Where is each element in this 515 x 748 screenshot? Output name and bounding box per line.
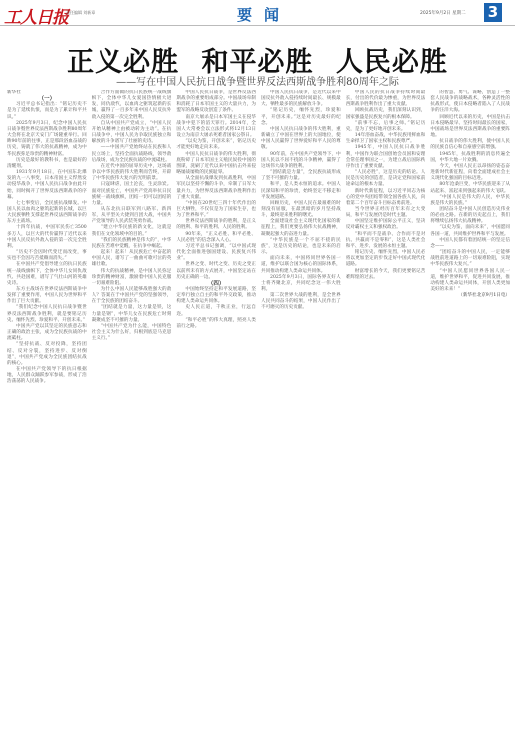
dateline-end-note: （新华社北京9月1日电）: [430, 293, 510, 299]
paragraph: 14年浴血奋战，中华民族用鲜血和生命捍卫了国家主权和民族尊严。: [346, 133, 426, 145]
paragraph: 新时代新征程，以习近平同志为核心的党中央团结带领全国各族人民，向着第二个百年奋斗…: [346, 189, 426, 207]
editor-credit: 责任编辑 刘新章: [66, 10, 95, 16]
paragraph: 日寇肆虐，国土沦丧，生灵涂炭。面对民族危亡，中国共产党高举抗日民族统一战线旗帜，…: [92, 182, 172, 207]
paragraph: 2025年9月3日，纪念中国人民抗日战争暨世界反法西斯战争胜利80周年大会将在北…: [7, 121, 87, 158]
paragraph: “历史不会因时代变迁而改变，事实也不会因巧舌抵赖而消失。”: [7, 250, 87, 262]
paragraph: 1945年，中国人民抗日战争胜利，中国作为联合国创始会员国和安理会常任理事国之一…: [346, 145, 426, 170]
paragraph: 南京大屠杀是日本军国主义在侵华战争中犯下的滔天罪行。2014年，全国人大常委会以…: [176, 115, 256, 140]
paragraph: 伟大的抗战精神，是中国人民弥足珍贵的精神财富，激励着中国人民克服一切艰难险阻。: [92, 269, 172, 287]
column-paragraphs: 中国人民抗日战争，是近代以来中国反抗外敌入侵持续时间最长、规模最大、牺牲最多的民…: [261, 90, 341, 312]
paragraph: 中国人民的抗日战争持续时间最长，付出的代价最为惨重，为世界反法西斯战争胜利作出了…: [346, 90, 426, 108]
paragraph: 1945年，抗战胜利的消息传遍全国，中华大地一片欢腾。: [430, 152, 510, 164]
paragraph: 中国人民抗日战争的伟大胜利，彻底粉碎了日本军国主义殖民奴役中国的图谋，洗刷了近代…: [176, 152, 256, 177]
paragraph: “铭记历史，缅怀先烈，珍爱和平，开创未来。”这是对历史最好的纪念。: [261, 108, 341, 126]
paragraph: 史人民正道，千秋正业，行远自迩。: [176, 305, 256, 317]
paragraph: 铭记历史、缅怀先烈，中国人民必将以更加坚定的步伐走好中国式现代化道路。: [346, 250, 426, 268]
paragraph: 中国共产党以其坚定的民族意志和正确的政治主张，成为全民族抗战的中流砥柱。: [7, 324, 87, 342]
column-6: 的智慧、勇气、谋略，创造了一整套人民战争的战略战术，各种灵活性的抗战形式，使日本…: [430, 90, 510, 745]
paragraph: “我们的民族精神是伟大的”，中华民族在苦难中觉醒，在抗争中崛起。: [92, 238, 172, 250]
paragraph: “以史为鉴，面向未来”，中国愿同各国一道，共同维护世界和平与发展。: [430, 225, 510, 237]
paragraph: “以史为鉴，开创未来”，铭记历史才能更好地走向未来。: [176, 139, 256, 151]
paragraph: ——中国共产党始终站在民族和人民立场上，坚持全面抗战路线，领导敌后战场，成为全民…: [92, 145, 172, 163]
column-4: 中国人民抗日战争，是近代以来中国反抗外敌入侵持续时间最长、规模最大、牺牲最多的民…: [261, 90, 341, 745]
paragraph: 从东北抗日联军到八路军、新四军，从平型关大捷到百团大战，中国共产党领导的人民武装…: [92, 207, 172, 225]
paragraph: “中国共产党为什么能，中国特色社会主义为什么好，归根到底是马克思主义行。”: [92, 324, 172, 342]
paragraph: 中国人民都有着团结统一的坚定信念——: [430, 238, 510, 250]
paragraph: 财富增长的今天，我们更要铭记苦难辉煌的过去。: [346, 269, 426, 281]
paragraph: 在中国共产党领导下的抗日根据地，人民群众踊跃参军参战，形成了浩浩荡荡的人民战争。: [7, 367, 87, 385]
section-title: 要闻: [237, 4, 291, 25]
paragraph: 中国人民抗日战争的伟大胜利，重新确立了中国在世界上的大国地位，使中国人民赢得了世…: [261, 127, 341, 152]
paragraph: 回顾抗战历史，我们深刻认识到，国家强盛是民族复兴的根本保障。: [346, 108, 426, 120]
paragraph: “中国在20世纪三四十年代作出的巨大牺牲，不仅仅是为了国家生存，也为了世界和平。…: [176, 201, 256, 219]
paragraph: “团结就是力量”，全民族抗战形成了坚不可摧的力量。: [261, 170, 341, 182]
column-paragraphs: 合作方面做的抗日民族统一战线旗帜下，全体中华儿女爱国热情极大迸发，同仇敌忾，以血…: [92, 90, 172, 342]
column-paragraphs: 中国人民抗日战争，是世界反法西斯战争的重要组成部分。中国战场牵制和消耗了日本军国…: [176, 90, 256, 281]
paragraph: 世界之变、时代之变、历史之变正以前所未有的方式展开，中国坚定站在历史正确的一边。: [176, 262, 256, 280]
paragraph: “人民必胜”，这是历史的结论。人民是历史的创造者，是决定党和国家前途命运的根本力…: [346, 170, 426, 188]
paragraph: “中国人民是伟大的人民，中华民族是伟大的民族。”: [430, 195, 510, 207]
column-2: 合作方面做的抗日民族统一战线旗帜下，全体中华儿女爱国热情极大迸发，同仇敌忾，以血…: [92, 90, 172, 745]
paragraph: “坚持抗战、反对投降，坚持团结、反对分裂，坚持进步、反对倒退”，中国共产党成为全…: [7, 342, 87, 367]
paragraph: 回顾近代以来的历史，中国是抗击日本侵略最早、坚持时间最长的国家，中国战场是世界反…: [430, 115, 510, 140]
column-paragraphs: 习近平总书记指出：“铭记历史不是为了延续仇恨，而是为了累计和平共识。”2025年…: [7, 102, 87, 385]
paragraph: 1931年9月18日，在中国东北爆发的九一八事变，日本帝国主义悍然发动侵华战争，…: [7, 170, 87, 201]
paragraph: 从全面抗战爆发到抗战胜利，中国军民以坚持不懈的斗争，牵制了日军大量兵力，为世界反…: [176, 176, 256, 201]
column-5: 中国人民的抗日战争持续时间最长，付出的代价最为惨重，为世界反法西斯战争胜利作出了…: [346, 90, 426, 745]
newspaper-logo: 工人日报: [4, 3, 68, 28]
masthead: 工人日报 责任编辑 刘新章 要闻 2025年9月2日 星期二 3: [0, 0, 515, 26]
paragraph: 中国坚定维护国际公平正义，坚决反对霸权主义和强权政治。: [346, 219, 426, 231]
article-body: 新华社 （一） 习近平总书记指出：“铭记历史不是为了延续仇恨，而是为了累计和平共…: [7, 90, 510, 745]
paragraph: 90年来，“正义必胜、和平必胜、人民必胜”的信念深入人心。: [176, 232, 256, 244]
paragraph: 七七事变后，全民族抗战爆发。中国人民以血肉之躯筑起新的长城，以巨大民族牺牲支撑起…: [7, 201, 87, 226]
issue-date: 2025年9月2日 星期二: [420, 10, 466, 16]
paragraph: 世界反法西斯战争的胜利，是正义的胜利、和平的胜利、人民的胜利。: [176, 219, 256, 231]
paragraph: 合作方面做的抗日民族统一战线旗帜下，全体中华儿女爱国热情极大迸发，同仇敌忾，以血…: [92, 90, 172, 121]
paragraph: 80年沧桑巨变，中华民族迎来了从站起来、富起来到强起来的伟大飞跃。: [430, 182, 510, 194]
paragraph: 当今世界正经历百年未有之大变局，和平与发展仍是时代主题。: [346, 207, 426, 219]
column-paragraphs: 的智慧、勇气、谋略，创造了一整套人民战争的战略战术，各种灵活性的抗战形式，使日本…: [430, 90, 510, 293]
paragraph: 面向未来，中国将同世界各国一道，维护以联合国为核心的国际体系，共同推动构建人类命…: [261, 256, 341, 274]
paragraph: 在中国共产党倡导建立的抗日民族统一战线旗帜下，全体中华儿女同仇敌忾、共赴国难，谱…: [7, 262, 87, 287]
paragraph: “和平必胜”的伟大真理，照亮人类前行之路。: [176, 318, 256, 330]
paragraph: 今天，中国人民正以昂扬的姿态奋进新时代新征程，向着全面建成社会主义现代化强国的目…: [430, 164, 510, 182]
column-paragraphs: 中国人民的抗日战争持续时间最长，付出的代价最为惨重，为世界反法西斯战争胜利作出了…: [346, 90, 426, 281]
paragraph: 2025年9月3日，国际各界友好人士将齐聚北京，共同纪念这一伟大胜利。: [261, 275, 341, 293]
paragraph: 在近代中国的屈辱历史中，这场战争以中华民族的伟大胜利而告终，开辟了中华民族伟大复…: [92, 164, 172, 182]
paragraph: 90年前，在中国共产党领导下，中国人民以不屈不挠的斗争精神，赢得了这场伟大战争的…: [261, 152, 341, 170]
paragraph: 抗日战争的伟大胜利，使中国人民的民族自信心和自豪感空前增强。: [430, 139, 510, 151]
paragraph: 中国人民抗日战争，是世界反法西斯战争的重要组成部分。中国战场牵制和消耗了日本军国…: [176, 90, 256, 115]
paragraph: “中华民族是一个不屈不挠的民族”，这是历史的结论，也是未来的启示。: [261, 238, 341, 256]
paragraph: “和平而不是战争、合作而不是对抗、共赢而不是零和”，这是人类社会和平、进步、发展…: [346, 232, 426, 250]
paragraph: 历史是最好的教科书，也是最好的清醒剂。: [7, 158, 87, 170]
column-1: 新华社 （一） 习近平总书记指出：“铭记历史不是为了延续仇恨，而是为了累计和平共…: [7, 90, 87, 745]
paragraph: 第二次世界大战的胜利，是全世界人民共同奋斗的结果，中国人民作出了不可磨灭的历史贡…: [261, 293, 341, 311]
paragraph: “中国人民愿同世界各国人民一道，维护世界和平，促进共同发展，推动构建人类命运共同…: [430, 269, 510, 294]
paragraph: “前事不忘，后事之师。”铭记历史，是为了更好地开创未来。: [346, 121, 426, 133]
paragraph: 习近平总书记指出：“铭记历史不是为了延续仇恨，而是为了累计和平共识。”: [7, 102, 87, 120]
paragraph: 十四年抗战，中国军民伤亡3500多万人，以巨大的代价赢得了近代以来中国人民反抗外…: [7, 225, 87, 250]
paragraph: “团结就是力量，这力量是铁，这力量是钢”，中华儿女在民族危亡时刻凝聚成坚不可摧的…: [92, 305, 172, 323]
paragraph: 团结奋斗是中国人民创造历史伟业的必由之路。在新的历史起点上，我们将继续弘扬伟大抗…: [430, 207, 510, 225]
paragraph: 中国人民抗日战争，是近代以来中国反抗外敌入侵持续时间最长、规模最大、牺牲最多的民…: [261, 90, 341, 108]
paragraph: 回顾历史，中国人民在最艰难的时刻没有屈服，在最黑暗的岁月坚持战斗，最终迎来胜利的…: [261, 201, 341, 219]
paragraph: 习近平总书记强调，“以中国式现代化全面推进强国建设、民族复兴伟业”。: [176, 244, 256, 262]
paragraph: 东方主战场在世界反法西斯战争中发挥了重要作用，中国人民为世界和平作出了巨大贡献。: [7, 287, 87, 305]
paragraph: 自从中国共产党成立，“中国人民开始从精神上由被动转为主动”。在抗日战争中，中国人…: [92, 121, 172, 146]
paragraph: “建立中华民族的新文化，这就是我们在文化领域中的目的。”: [92, 225, 172, 237]
column-paragraphs-after: 中国始终坚持走和平发展道路，坚定奉行独立自主的和平外交政策，推动构建人类命运共同…: [176, 287, 256, 330]
paragraph: “我们纪念中国人民抗日战争暨世界反法西斯战争胜利，就是要铭记历史、缅怀先烈、珍爱…: [7, 305, 87, 323]
paragraph: 为什么中国人民能够战胜强大的敌人？答案在于中国共产党的坚强领导，在于全民族的团结…: [92, 287, 172, 305]
paragraph: 和平，是人类永恒的追求。中国人民深知和平的珍贵，始终坚定不移走和平发展道路。: [261, 182, 341, 200]
column-3: 中国人民抗日战争，是世界反法西斯战争的重要组成部分。中国战场牵制和消耗了日本军国…: [176, 90, 256, 745]
paragraph: “团结奋斗的中国人民，一定能够战胜前进道路上的一切艰难险阻，实现中华民族伟大复兴…: [430, 250, 510, 268]
paragraph: 全面建设社会主义现代化国家的新征程上，我们更要弘扬伟大抗战精神，凝聚起强大的奋进…: [261, 219, 341, 237]
paragraph: 的智慧、勇气、谋略，创造了一整套人民战争的战略战术，各种灵活性的抗战形式，使日本…: [430, 90, 510, 115]
paragraph: 起来！起来！从民族危亡中奋起的中国人民，谱写了一曲曲可歌可泣的英雄壮歌。: [92, 250, 172, 268]
page-number-badge: 3: [484, 3, 502, 22]
article-subtitle: ——写在中国人民抗日战争暨世界反法西斯战争胜利80周年之际: [0, 73, 515, 88]
paragraph: 中国始终坚持走和平发展道路，坚定奉行独立自主的和平外交政策，推动构建人类命运共同…: [176, 287, 256, 305]
